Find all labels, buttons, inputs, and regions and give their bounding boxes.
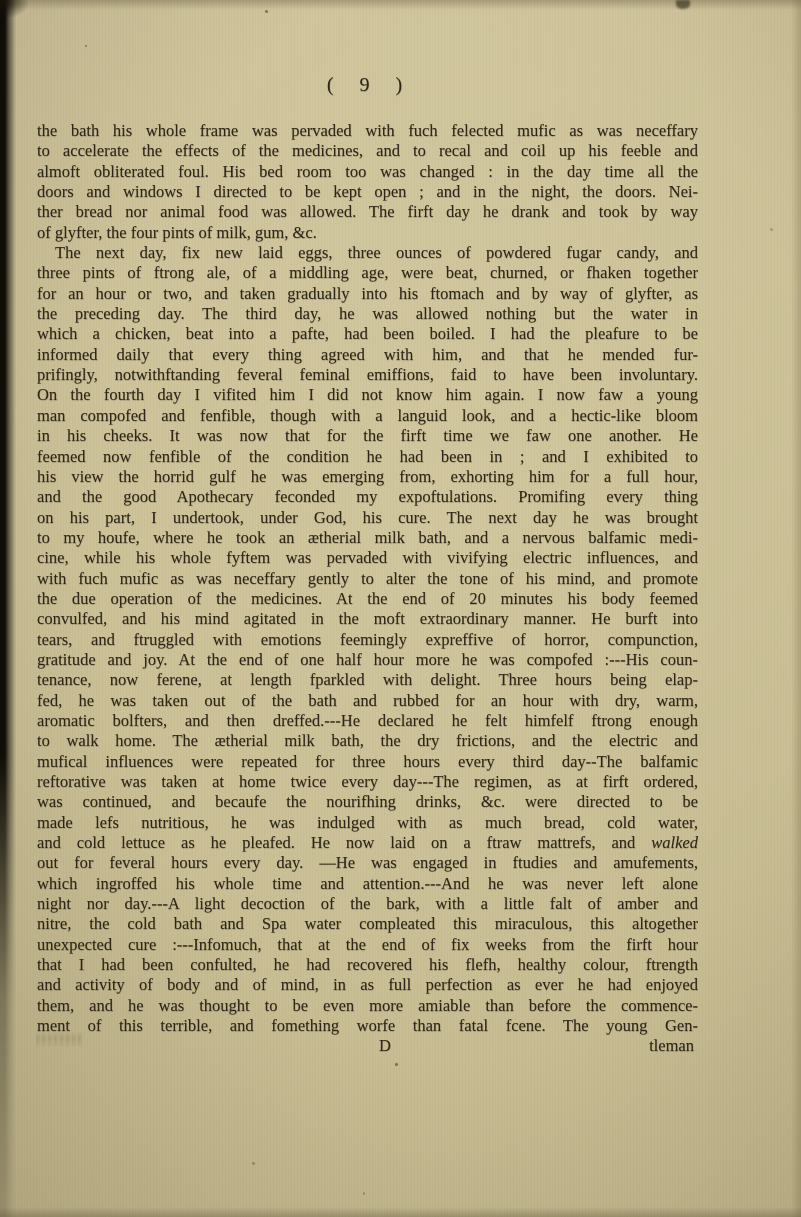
signature-row: D tleman: [37, 1036, 698, 1057]
text-line: ment of this terrible, and fomething wor…: [37, 1016, 698, 1036]
text-line: with fuch mufic as was neceffary gently …: [37, 569, 698, 589]
text-line: tenance, now ferene, at length fparkled …: [37, 670, 698, 690]
text-line: his view the horrid gulf he was emerging…: [37, 467, 698, 487]
text-line: man compofed and fenfible, though with a…: [37, 406, 698, 426]
text-line: on his part, I undertook, under God, his…: [37, 508, 698, 528]
signature-mark: D: [379, 1036, 391, 1056]
page-number-header: ( 9 ): [37, 74, 698, 97]
scan-bottom-shadow: [0, 1207, 801, 1217]
text-line: to accelerate the effects of the medicin…: [37, 141, 698, 161]
text-line: that I had been confulted, he had recove…: [37, 955, 698, 975]
text-line: them, and he was thought to be even more…: [37, 996, 698, 1016]
body-text: the bath his whole frame was pervaded wi…: [37, 121, 698, 1036]
catchword: tleman: [649, 1036, 694, 1056]
text-line: which ingroffed his whole time and atten…: [37, 874, 698, 894]
text-line: to walk home. The ætherial milk bath, th…: [37, 731, 698, 751]
paper-speck: [770, 228, 773, 231]
text-line: and cold lettuce as he pleafed. He now l…: [37, 833, 698, 853]
edge-ink-mark: [676, 0, 690, 9]
paper-speck: [252, 1162, 255, 1165]
book-page-scan: ( 9 ) the bath his whole frame was perva…: [0, 0, 801, 1217]
text-line: unexpected cure :---Infomuch, that at th…: [37, 935, 698, 955]
text-line: The next day, fix new laid eggs, three o…: [37, 243, 698, 263]
text-line: mufical influences were repeated for thr…: [37, 752, 698, 772]
text-line: feemed now fenfible of the condition he …: [37, 447, 698, 467]
paper-speck: [265, 10, 268, 13]
text-line: almoft obliterated foul. His bed room to…: [37, 162, 698, 182]
scan-left-edge-shadow: [0, 0, 16, 1217]
paper-speck: [395, 1063, 398, 1066]
text-line: of glyfter, the four pints of milk, gum,…: [37, 223, 698, 243]
paper-speck: [363, 1192, 365, 1195]
text-line: informed daily that every thing agreed w…: [37, 345, 698, 365]
paper-speck: [85, 45, 87, 47]
text-line: cine, while his whole fyftem was pervade…: [37, 548, 698, 568]
text-line: gratitude and joy. At the end of one hal…: [37, 650, 698, 670]
text-line: aromatic bolfters, and then dreffed.---H…: [37, 711, 698, 731]
corner-blotch: [0, 0, 28, 18]
text-line: and the good Apothecary feconded my expo…: [37, 487, 698, 507]
text-line: was continued, and becaufe the nourifhin…: [37, 792, 698, 812]
text-line: three pints of ftrong ale, of a middling…: [37, 263, 698, 283]
text-line: in his cheeks. It was now that for the f…: [37, 426, 698, 446]
text-line: the preceding day. The third day, he was…: [37, 304, 698, 324]
paper-speck: [139, 570, 141, 572]
text-line: night nor day.---A light decoction of th…: [37, 894, 698, 914]
text-line: On the fourth day I vifited him I did no…: [37, 385, 698, 405]
text-line: fed, he was taken out of the bath and ru…: [37, 691, 698, 711]
text-line: prifingly, notwithftanding feveral femin…: [37, 365, 698, 385]
show-through-smudge: [36, 1032, 84, 1047]
text-line: and activity of body and of mind, in as …: [37, 975, 698, 995]
scan-right-shadow: [791, 0, 801, 1217]
text-line: made lefs nutritious, he was indulged wi…: [37, 813, 698, 833]
text-line: which a chicken, beat into a pafte, had …: [37, 324, 698, 344]
text-line: reftorative was taken at home twice ever…: [37, 772, 698, 792]
text-line: the due operation of the medicines. At t…: [37, 589, 698, 609]
text-line: doors and windows I directed to be kept …: [37, 182, 698, 202]
text-line: the bath his whole frame was pervaded wi…: [37, 121, 698, 141]
text-line: for an hour or two, and taken gradually …: [37, 284, 698, 304]
text-line: ther bread nor animal food was allowed. …: [37, 202, 698, 222]
text-line: tears, and ftruggled with emotions feemi…: [37, 630, 698, 650]
text-line: convulfed, and his mind agitated in the …: [37, 609, 698, 629]
text-line: to my houfe, where he took an ætherial m…: [37, 528, 698, 548]
text-line: out for feveral hours every day. —He was…: [37, 853, 698, 873]
text-line: nitre, the cold bath and Spa water compl…: [37, 914, 698, 934]
